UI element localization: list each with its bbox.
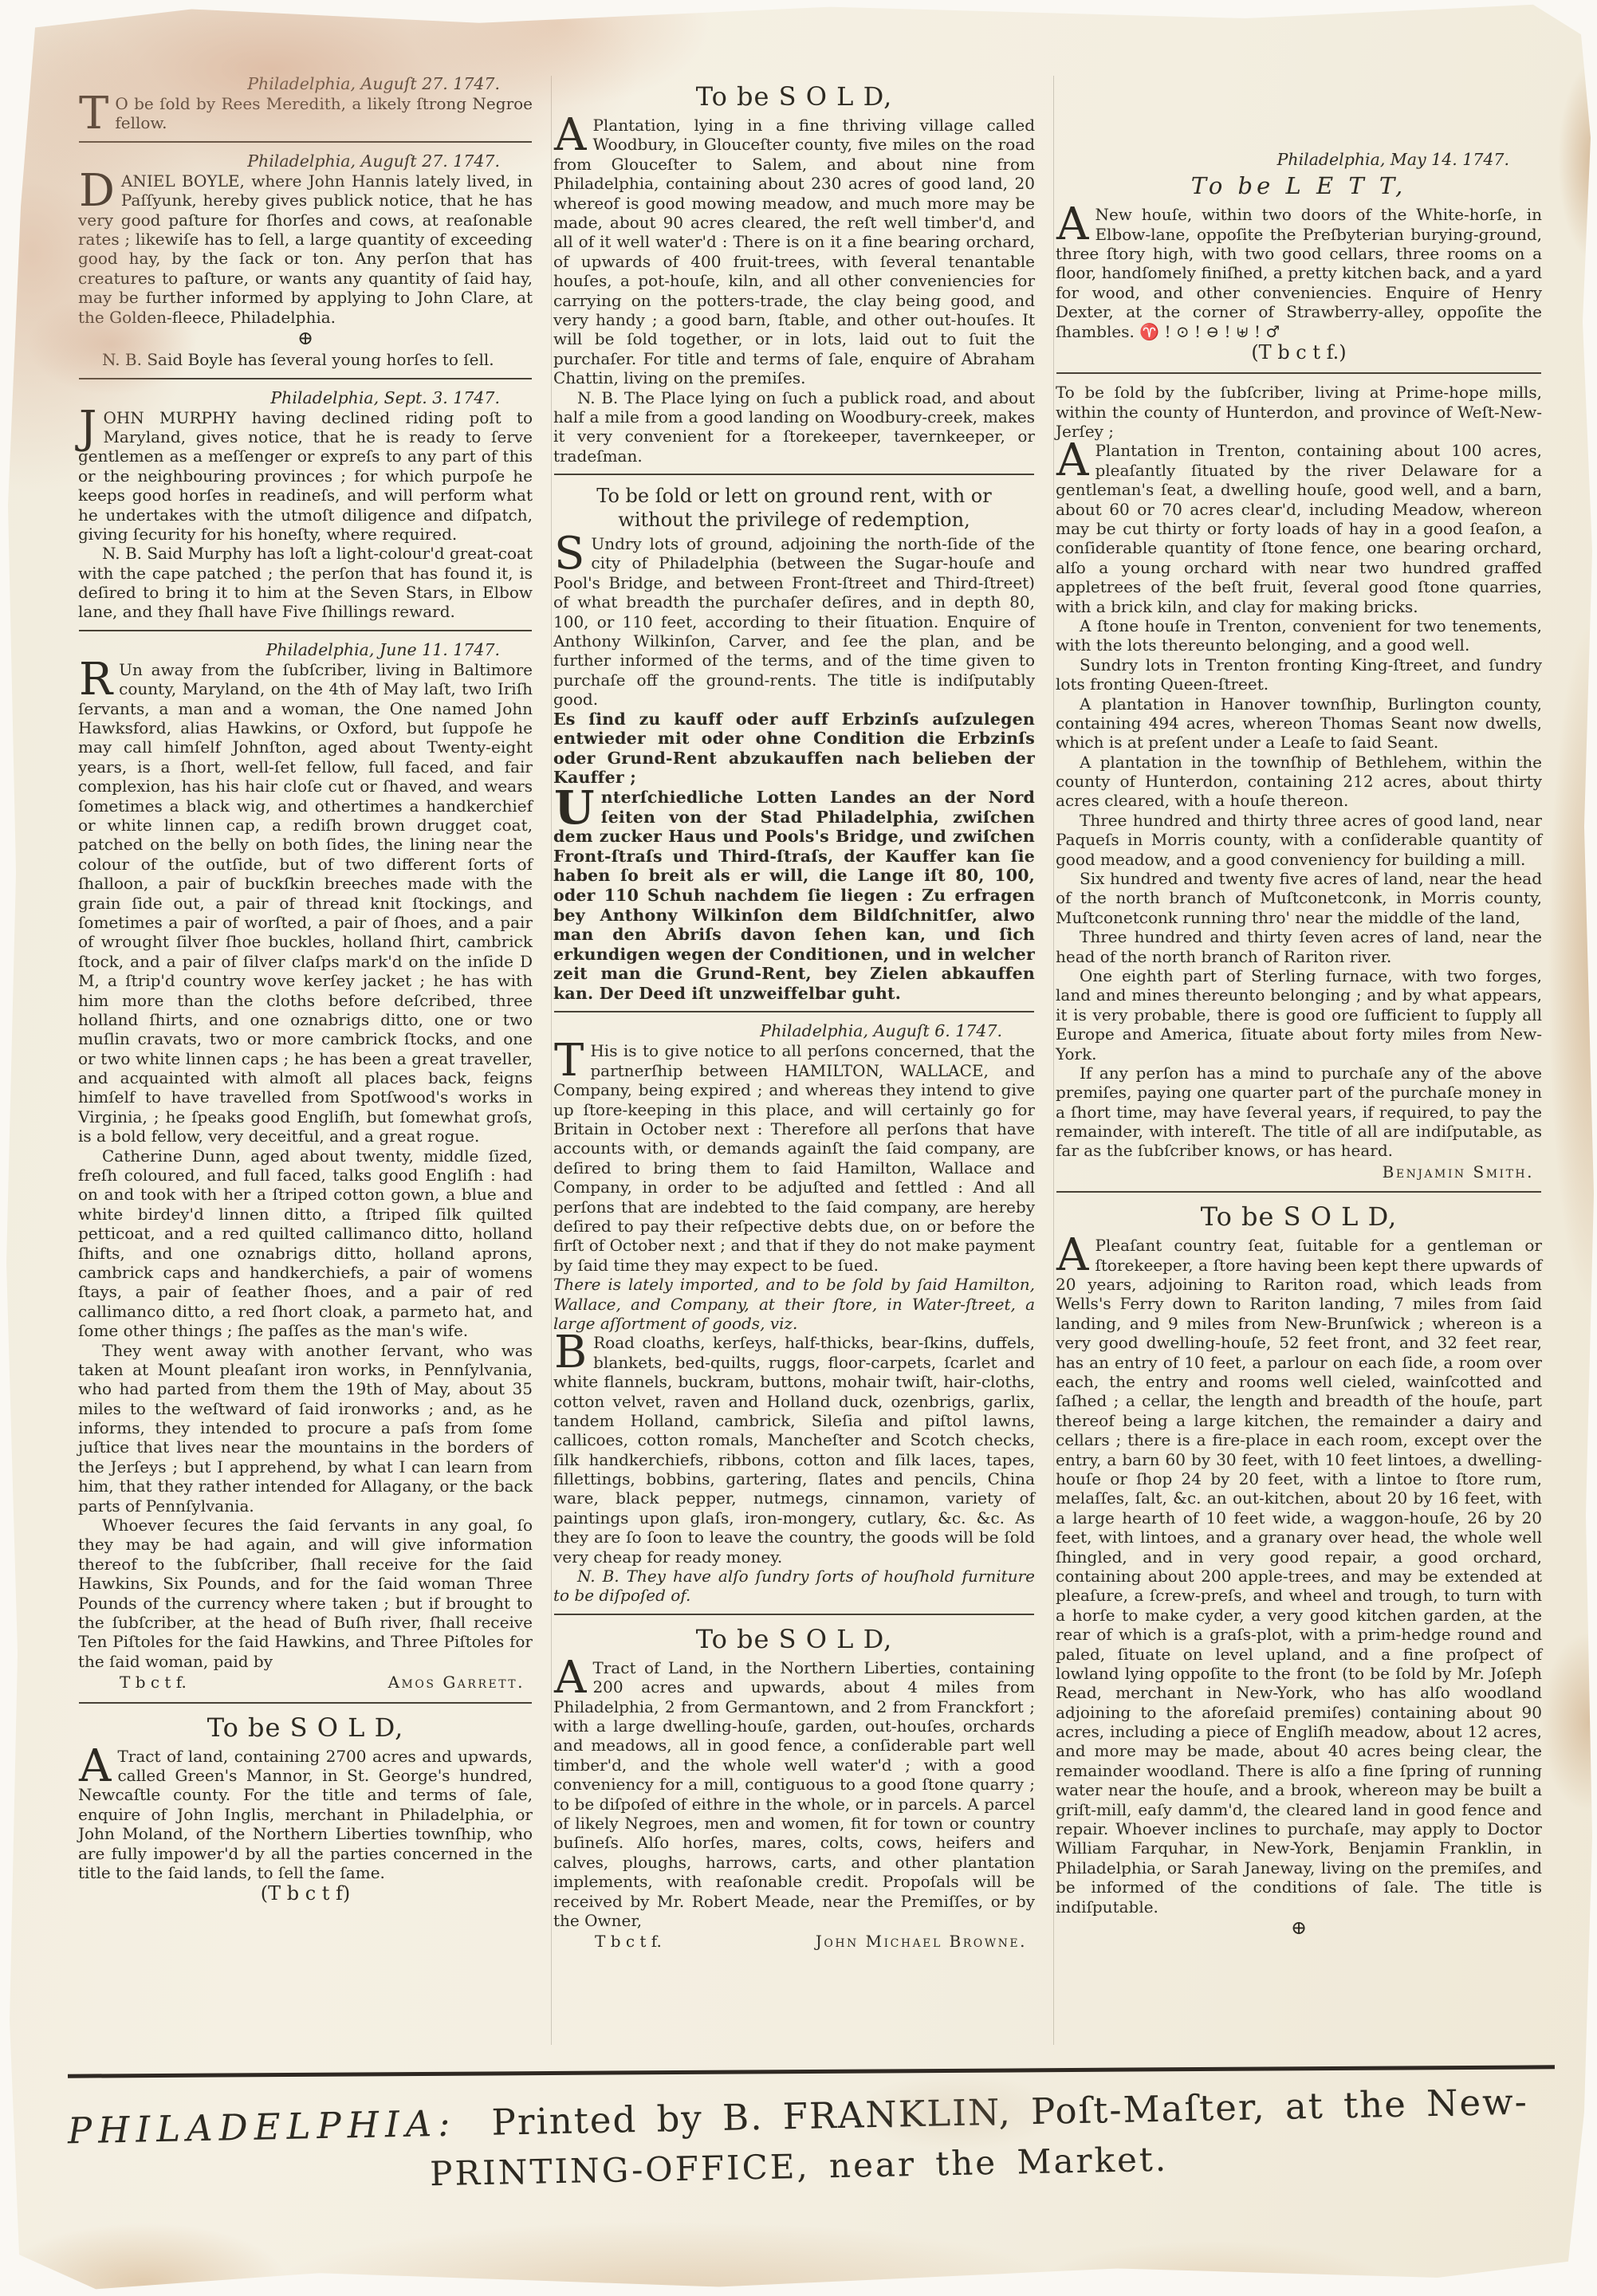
ad-heading: To be S O L D, (553, 81, 1035, 112)
ad-subheading: To be ſold or lett on ground rent, with … (564, 484, 1024, 532)
ad-paragraph: THis is to give notice to all perſons co… (553, 1041, 1035, 1275)
ad-subheading: To be L E T T, (1056, 171, 1542, 200)
signature-line: Benjamin Smith. (1056, 1161, 1542, 1183)
ad-paragraph: A Tract of land, containing 2700 acres a… (78, 1747, 533, 1883)
drop-cap: D (78, 171, 121, 209)
imprint-line-1-text: Printed by B. FRANKLIN, Poſt-Maſter, at … (491, 2081, 1528, 2144)
ad-paragraph: Unterſchiedliche Lotten Landes an der No… (553, 788, 1035, 1004)
ad-paragraph: DANIEL BOYLE, where John Hannis lately l… (78, 171, 533, 327)
printer-mark: (T b c t f) (78, 1882, 533, 1905)
ad-paragraph: N. B. Said Boyle has ſeveral young horſe… (78, 350, 533, 369)
drop-cap: B (553, 1333, 593, 1370)
drop-cap: U (553, 788, 601, 826)
ad-paragraph: A plantation in the townſhip of Bethlehe… (1056, 753, 1542, 811)
drop-cap: T (553, 1041, 590, 1079)
ad-heading: To be S O L D, (553, 1624, 1035, 1655)
ad-paragraph: SUndry lots of ground, adjoining the nor… (553, 534, 1035, 710)
ad-paragraph: JOHN MURPHY having declined riding poſt … (78, 408, 533, 545)
imprint-text: PHILADELPHIA: Printed by B. FRANKLIN, Po… (0, 2079, 1597, 2202)
section-divider (79, 141, 532, 143)
section-divider (79, 1702, 532, 1704)
column-left: Philadelphia, Auguſt 27. 1747.TO be ſold… (78, 0, 533, 1906)
section-divider (1056, 372, 1541, 374)
ad-paragraph: A plantation in Hanover townſhip, Burlin… (1056, 694, 1542, 753)
column-middle: To be S O L D,A Plantation, lying in a f… (553, 0, 1035, 1953)
ad-paragraph: A Plantation in Trenton, containing abou… (1056, 441, 1542, 616)
drop-cap: A (1056, 441, 1095, 478)
ad-paragraph: Es ſind zu kauff oder auff Erbzinſs auſz… (553, 710, 1035, 788)
drop-cap: A (553, 1658, 592, 1696)
ad-paragraph: A Plantation, lying in a fine thriving v… (553, 116, 1035, 387)
ad-paragraph: N. B. Said Murphy has loſt a light-colou… (78, 544, 533, 622)
ad-paragraph: TO be ſold by Rees Meredith, a likely ſt… (78, 94, 533, 133)
signature-name: Benjamin Smith. (1383, 1162, 1534, 1181)
ad-paragraph: There is lately imported, and to be ſold… (553, 1275, 1035, 1333)
ad-paragraph: A Pleaſant country ſeat, ſuitable for a … (1056, 1236, 1542, 1917)
drop-cap: A (1056, 1236, 1095, 1273)
ad-paragraph: A Tract of Land, in the Northern Liberti… (553, 1658, 1035, 1930)
ad-heading: To be S O L D, (78, 1712, 533, 1744)
signature-line: T b c t f.John Michael Browne. (553, 1930, 1035, 1952)
ad-dateline: Philadelphia, June 11. 1747. (78, 640, 533, 660)
ad-paragraph: To be ſold by the ſubſcriber, living at … (1056, 383, 1542, 441)
ad-paragraph: N. B. The Place lying on ſuch a publick … (553, 388, 1035, 466)
ad-paragraph: They went away with another ſervant, who… (78, 1341, 533, 1516)
ad-paragraph: Whoever ſecures the ſaid ſervants in any… (78, 1516, 533, 1671)
ad-paragraph: Catherine Dunn, aged about twenty, middl… (78, 1146, 533, 1341)
ad-dateline: Philadelphia, Auguſt 27. 1747. (78, 74, 533, 94)
printer-mark: (T b c t f.) (1056, 341, 1542, 364)
section-divider (79, 630, 532, 631)
ad-paragraph: One eighth part of Sterling furnace, wit… (1056, 966, 1542, 1063)
section-divider (554, 1011, 1034, 1012)
imprint-rule (68, 2065, 1555, 2078)
section-divider (1056, 1191, 1541, 1193)
signature-line: T b c t f.Amos Garrett. (78, 1671, 533, 1693)
drop-cap: A (1056, 205, 1095, 242)
signature-name: Amos Garrett. (388, 1673, 525, 1692)
column-right: Philadelphia, May 14. 1747.To be L E T T… (1056, 0, 1542, 1940)
ad-dateline: Philadelphia, May 14. 1747. (1056, 150, 1542, 170)
signature-code: T b c t f. (120, 1673, 187, 1692)
ad-dateline: Philadelphia, Sept. 3. 1747. (78, 388, 533, 408)
printer-mark: ⊕ (78, 327, 533, 350)
section-divider (554, 1614, 1034, 1615)
ad-paragraph: RUn away from the ſubſcriber, living in … (78, 660, 533, 1146)
ad-paragraph: BRoad cloaths, kerſeys, half-thicks, bea… (553, 1333, 1035, 1567)
signature-name: John Michael Browne. (816, 1932, 1027, 1951)
drop-cap: S (553, 534, 591, 572)
signature-code: T b c t f. (595, 1932, 662, 1951)
ad-paragraph: Sundry lots in Trenton fronting King-ſtr… (1056, 655, 1542, 694)
ad-dateline: Philadelphia, Auguſt 27. 1747. (78, 151, 533, 171)
ad-paragraph: A New houſe, within two doors of the Whi… (1056, 205, 1542, 341)
newspaper-page: Philadelphia, Auguſt 27. 1747.TO be ſold… (0, 0, 1597, 2296)
ad-heading: To be S O L D, (1056, 1201, 1542, 1233)
section-divider (554, 474, 1034, 475)
printer-mark: ⊕ (1056, 1917, 1542, 1940)
page-columns: Philadelphia, Auguſt 27. 1747.TO be ſold… (78, 0, 1542, 1953)
drop-cap: A (78, 1747, 117, 1784)
ad-paragraph: If any perſon has a mind to purchaſe any… (1056, 1063, 1542, 1161)
section-divider (79, 378, 532, 379)
ad-dateline: Philadelphia, Auguſt 6. 1747. (553, 1021, 1035, 1041)
ad-paragraph: Three hundred and thirty three acres of … (1056, 811, 1542, 869)
imprint-city: PHILADELPHIA: (67, 2102, 456, 2152)
column-rule-left (551, 76, 552, 2045)
drop-cap: R (78, 660, 119, 698)
drop-cap: A (553, 116, 592, 153)
ad-paragraph: N. B. They have alſo ſundry ſorts of hou… (553, 1567, 1035, 1606)
drop-cap: J (78, 408, 103, 446)
ad-paragraph: Three hundred and thirty ſeven acres of … (1056, 927, 1542, 966)
ad-paragraph: Six hundred and twenty five acres of lan… (1056, 869, 1542, 927)
ad-paragraph: A ſtone houſe in Trenton, convenient for… (1056, 616, 1542, 655)
drop-cap: T (78, 94, 115, 132)
column-rule-right (1053, 76, 1054, 2045)
